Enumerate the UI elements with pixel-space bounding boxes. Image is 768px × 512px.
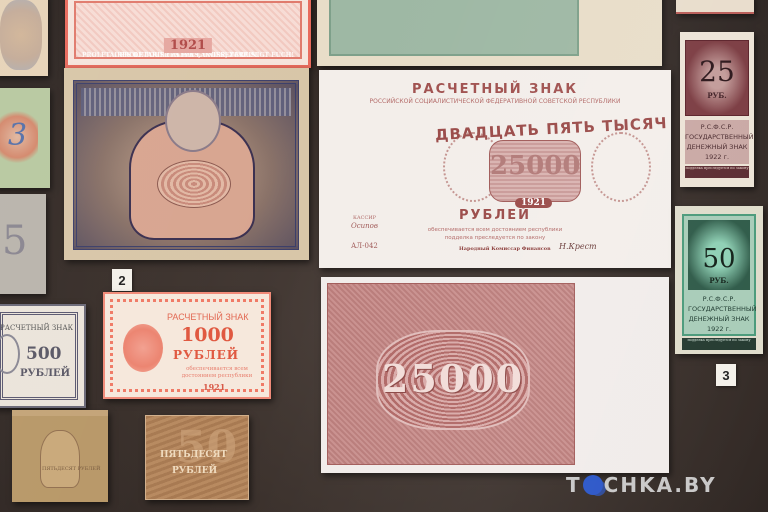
banknote-year: 1921 bbox=[164, 38, 212, 53]
note-text: ПЯТЬДЕСЯТ РУБЛЕЙ bbox=[42, 466, 100, 472]
banknote-left-1 bbox=[0, 0, 48, 76]
denomination: 500 bbox=[26, 344, 62, 364]
blue-dot-icon bbox=[583, 475, 603, 495]
exhibit-number-2: 2 bbox=[112, 269, 132, 291]
banknote-frame: 50 РУБ. Р.С.Ф.С.Р. ГОСУДАРСТВЕННЫЙ ДЕНЕЖ… bbox=[682, 214, 756, 336]
cashier-signature: Осипов bbox=[351, 222, 378, 230]
denomination-cartouche: 25000 bbox=[489, 140, 581, 202]
watermark-text-end: CHKA.BY bbox=[604, 473, 717, 497]
banknote-left-5: 5 bbox=[0, 194, 46, 294]
text-line-2: ГОСУДАРСТВЕННЫЙ bbox=[685, 132, 749, 142]
coat-of-arms-icon bbox=[165, 90, 221, 152]
text-line-1: Р.С.Ф.С.Р. bbox=[685, 122, 749, 132]
currency: РУБЛЕЙ bbox=[172, 466, 217, 476]
note-text: Р.С.Ф.С.Р. ГОСУДАРСТВЕННЫЙ ДЕНЕЖНЫЙ ЗНАК… bbox=[685, 120, 749, 164]
currency: РУБЛЕЙ bbox=[173, 348, 239, 362]
unit: РУБ. bbox=[688, 276, 750, 285]
text-line-1: Р.С.Ф.С.Р. bbox=[688, 294, 750, 304]
denomination: 1000 bbox=[181, 324, 234, 346]
guilloche-field: 25000 bbox=[327, 283, 575, 465]
serial-number: АЛ-042 bbox=[351, 242, 378, 250]
banknote-25000-back: 25000 bbox=[321, 277, 669, 473]
denomination-rosette: 25000 bbox=[376, 330, 530, 430]
denomination: 5 bbox=[2, 218, 27, 264]
banknote-50-rubles-1922: 50 РУБ. Р.С.Ф.С.Р. ГОСУДАРСТВЕННЫЙ ДЕНЕЖ… bbox=[675, 206, 763, 354]
unit: РУБ. bbox=[686, 91, 748, 100]
backing-text: обеспечивается всем достоянием республик… bbox=[171, 366, 263, 380]
coat-of-arms-icon bbox=[40, 430, 80, 488]
footer-text: подделка преследуется по закону bbox=[685, 166, 749, 178]
denomination: 3 bbox=[8, 118, 27, 153]
note-title: РАСЧЕТНЫЙ ЗНАК bbox=[0, 324, 73, 332]
motto-german: PROLETARIER ALLER LÄNDER, VEREINIGT EUCH… bbox=[120, 52, 294, 59]
denomination: 25 bbox=[686, 55, 748, 88]
denomination-panel: 50 РУБ. bbox=[688, 220, 750, 290]
denomination: 25000 bbox=[490, 151, 580, 181]
denomination-panel: 25 РУБ. bbox=[685, 40, 749, 116]
guilloche-rosette bbox=[157, 160, 231, 208]
banknote-year: 1921 bbox=[203, 382, 225, 392]
banknote-500-rubles: РАСЧЕТНЫЙ ЗНАК 500 РУБЛЕЙ bbox=[0, 304, 86, 408]
banknote-right-top bbox=[676, 0, 754, 14]
banknote-25-rubles-1922: 25 РУБ. Р.С.Ф.С.Р. ГОСУДАРСТВЕННЫЙ ДЕНЕЖ… bbox=[680, 32, 754, 187]
banknote-pattern bbox=[329, 0, 579, 56]
denomination: 50 bbox=[688, 244, 750, 274]
warning-text: подделка преследуется по закону bbox=[319, 234, 671, 242]
banknote-year: 1921 bbox=[515, 198, 552, 208]
commissar-label: Народный Комиссар Финансов bbox=[459, 246, 551, 252]
footer-text: подделка преследуется по закону bbox=[682, 338, 756, 350]
denomination: 25000 bbox=[378, 356, 528, 401]
banknote-green-top bbox=[317, 0, 662, 66]
cashier-label: КАССИР bbox=[353, 215, 376, 221]
coat-of-arms-icon bbox=[123, 324, 163, 372]
banknote-year: 1922 г. bbox=[688, 324, 750, 334]
banknote-1000-rubles: РАСЧЕТНЫЙ ЗНАК 1000 РУБЛЕЙ обеспечиваетс… bbox=[103, 292, 271, 399]
banknote-50-rubles-brown: 50 ПЯТЬДЕСЯТ РУБЛЕЙ bbox=[145, 415, 249, 500]
banknote-red-1921-top-left: PROLETAIRES DE TOUS LES PAYS, UNISSEZ-VO… bbox=[65, 0, 311, 68]
issuer-text: РОССИЙСКОЙ СОЦИАЛИСТИЧЕСКОЙ ФЕДЕРАТИВНОЙ… bbox=[319, 98, 671, 105]
banknote-brown-left: ПЯТЬДЕСЯТ РУБЛЕЙ bbox=[12, 410, 108, 502]
banknote-blue-brown bbox=[64, 68, 309, 260]
ornament-right bbox=[591, 132, 651, 202]
amount-words: ПЯТЬДЕСЯТ bbox=[160, 450, 227, 460]
watermark-logo: T CHKA.BY bbox=[566, 470, 717, 500]
watermark-text-start: T bbox=[566, 473, 582, 497]
note-text: Р.С.Ф.С.Р. ГОСУДАРСТВЕННЫЙ ДЕНЕЖНЫЙ ЗНАК… bbox=[688, 294, 750, 334]
text-line-3: ДЕНЕЖНЫЙ ЗНАК bbox=[688, 314, 750, 324]
banknote-frame bbox=[73, 80, 299, 250]
commissar-signature: Н.Крест bbox=[559, 242, 597, 251]
exhibit-number-3: 3 bbox=[716, 364, 736, 386]
note-title: РАСЧЕТНЫЙ ЗНАК bbox=[167, 312, 249, 322]
note-title: РАСЧЕТНЫЙ ЗНАК bbox=[319, 82, 671, 97]
banknote-left-3: 3 bbox=[0, 88, 50, 188]
rosette-icon bbox=[0, 0, 42, 70]
currency: РУБЛЕЙ bbox=[20, 368, 70, 379]
text-line-3: ДЕНЕЖНЫЙ ЗНАК bbox=[685, 142, 749, 152]
text-line-2: ГОСУДАРСТВЕННЫЙ bbox=[688, 304, 750, 314]
banknote-year: 1922 г. bbox=[685, 152, 749, 162]
banknote-25000-front: РАСЧЕТНЫЙ ЗНАК РОССИЙСКОЙ СОЦИАЛИСТИЧЕСК… bbox=[319, 70, 671, 268]
